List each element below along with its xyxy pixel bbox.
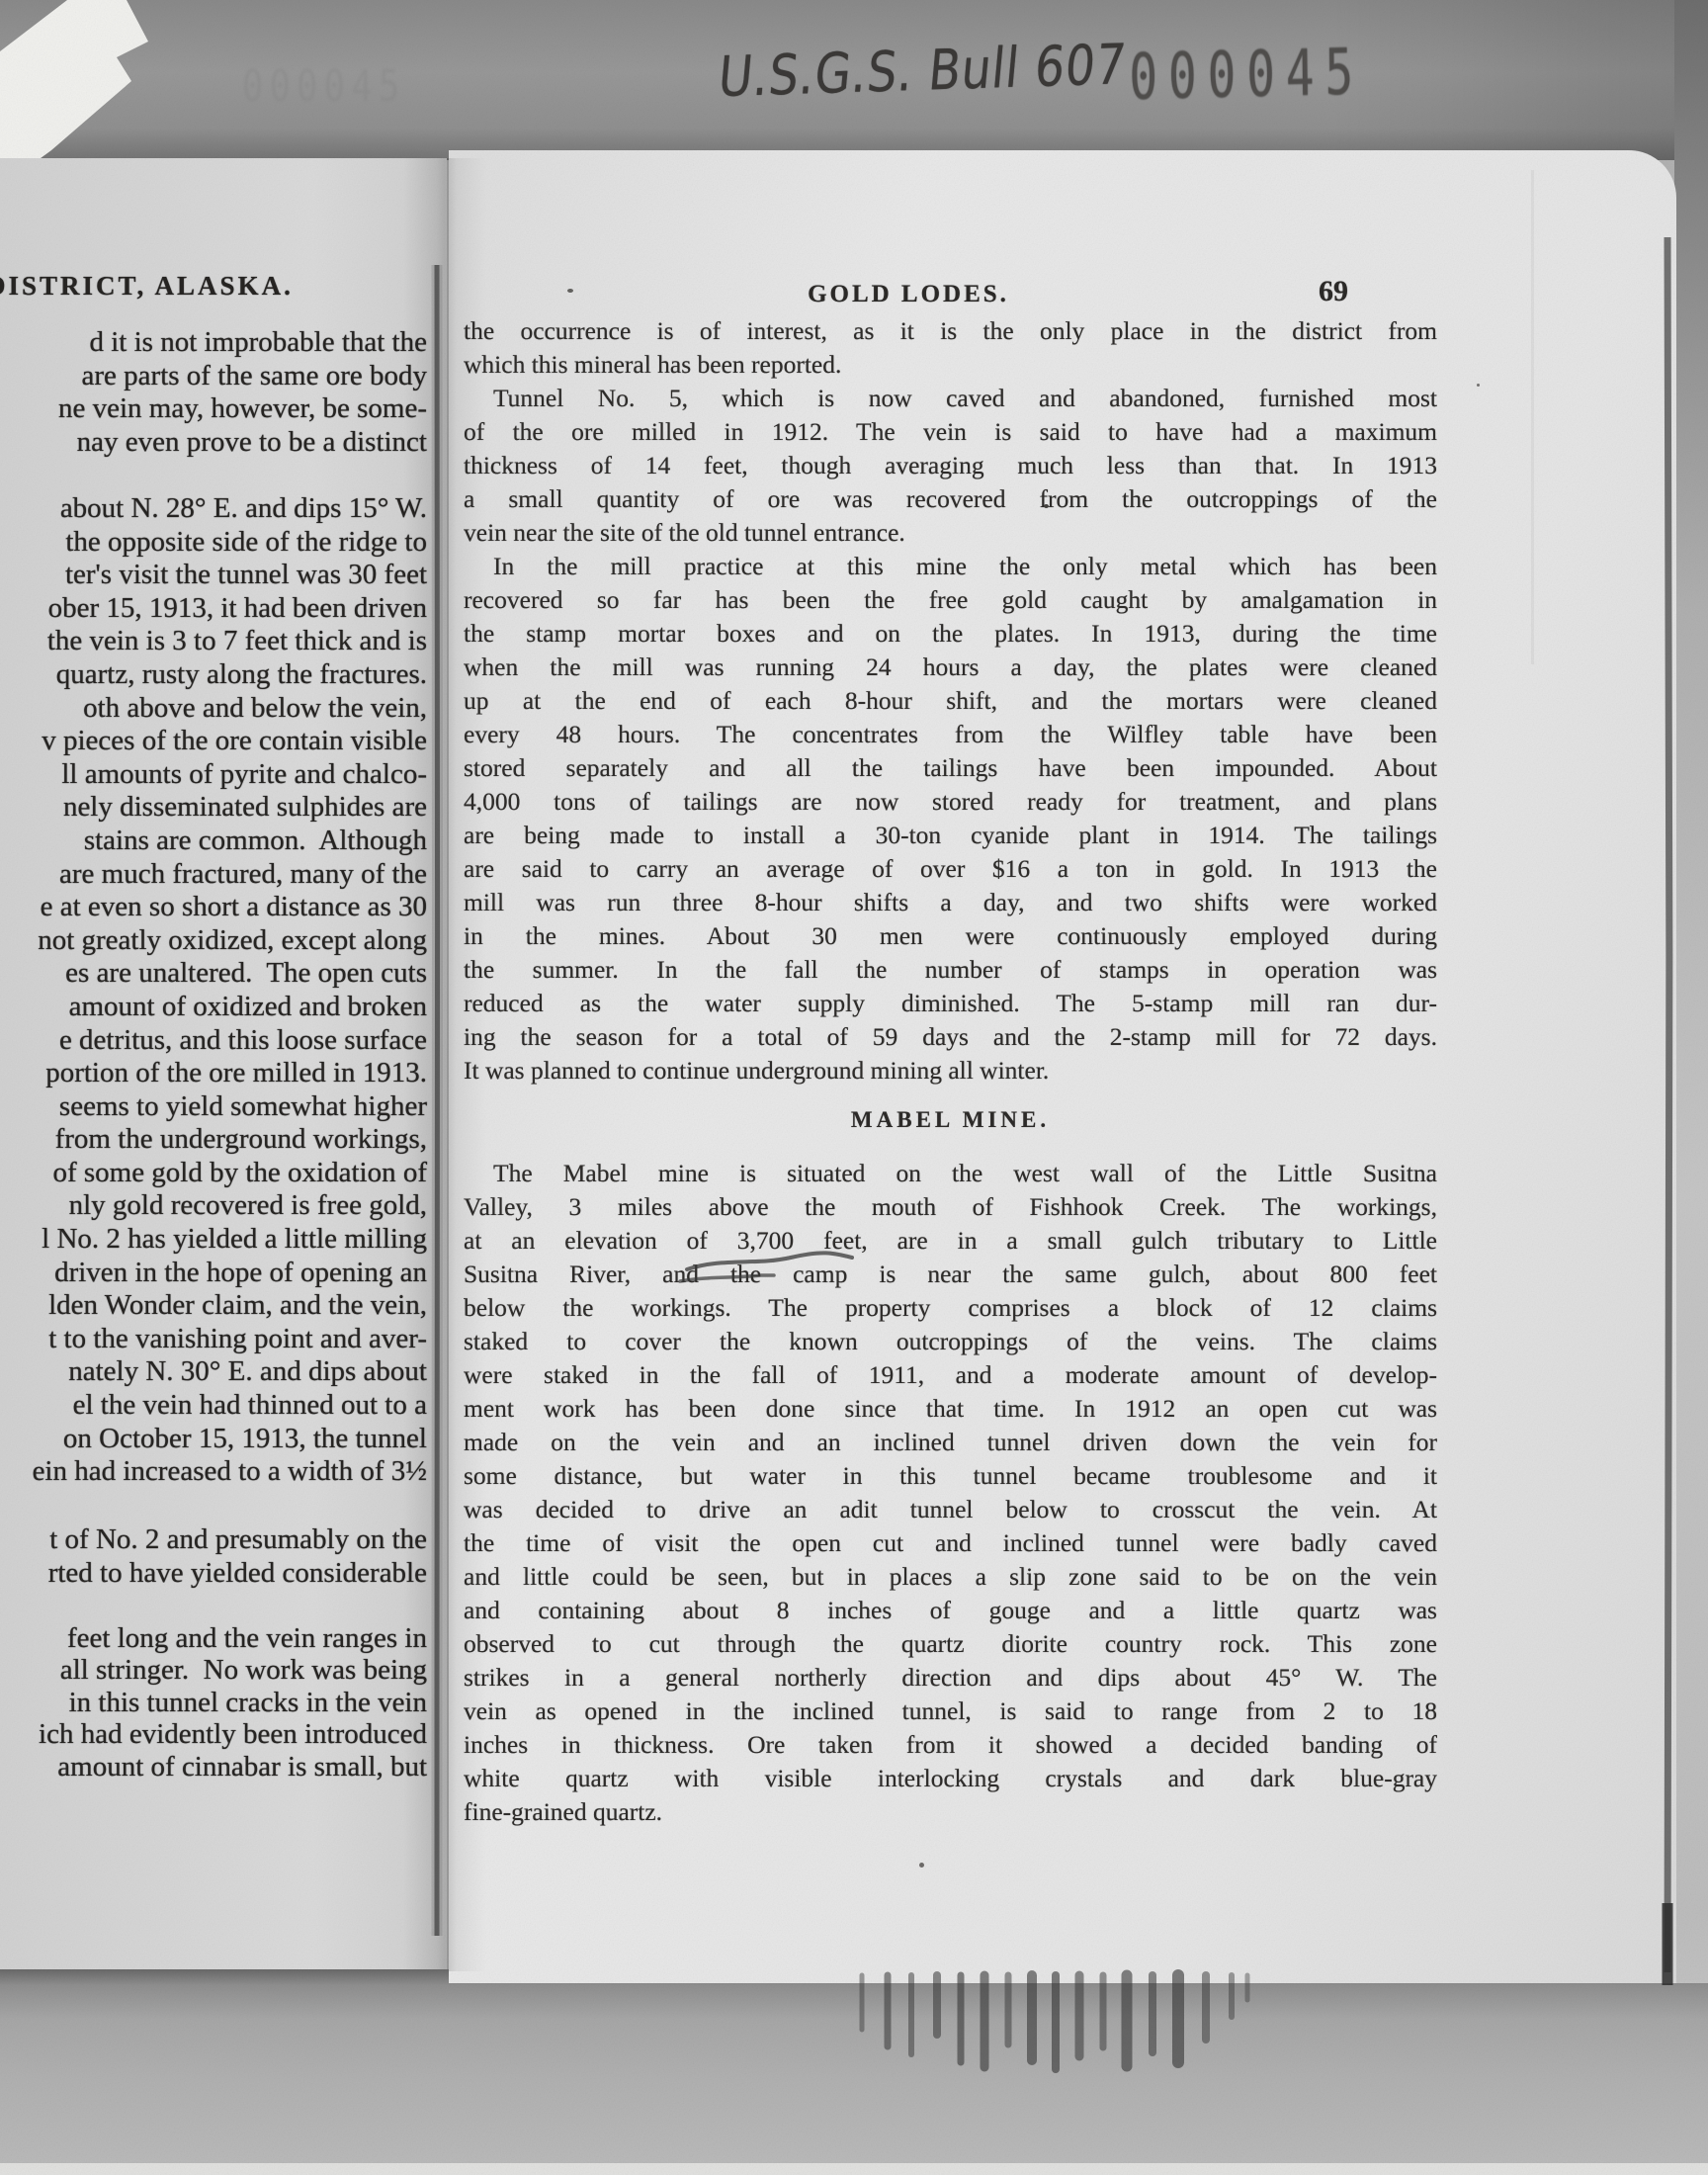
text-line: when the mill was running 24 hours a day… [464,651,1437,684]
text-line: amount of cinnabar is small, but [0,1751,427,1783]
text-line: a small quantity of ore was recovered fr… [464,482,1437,516]
text-line: and little could be seen, but in places … [464,1560,1437,1594]
text-line: oth above and below the vein, [0,692,427,726]
text-line: el the vein had thinned out to a [0,1389,427,1423]
text-line: d it is not improbable that the [0,326,427,360]
text-line: quartz, rusty along the fractures. [0,658,427,692]
text-line: were staked in the fall of 1911, and a m… [464,1358,1437,1392]
text-line: The Mabel mine is situated on the west w… [464,1157,1437,1190]
text-line: t to the vanishing point and aver- [0,1323,427,1356]
body-text-block: the occurrence is of interest, as it is … [464,314,1437,1087]
text-line: ein had increased to a width of 3½ [0,1455,427,1489]
text-line: vein near the site of the old tunnel ent… [464,516,1437,550]
text-line: are much fractured, many of the [0,858,427,892]
text-line: observed to cut through the quartz diori… [464,1627,1437,1661]
section-heading: MABEL MINE. [464,1107,1437,1133]
text-line: rted to have yielded considerable [0,1557,427,1591]
text-line: reduced as the water supply diminished. … [464,987,1437,1020]
scanned-book-page: 000045 U.S.G.S. Bull 607 000045 DISTRICT… [0,0,1708,2175]
page-number: 69 [1319,275,1348,308]
text-line: portion of the ore milled in 1913. [0,1057,427,1090]
text-line: some distance, but water in this tunnel … [464,1459,1437,1493]
text-line: ing the season for a total of 59 days an… [464,1020,1437,1054]
text-line: staked to cover the known outcroppings o… [464,1325,1437,1358]
text-line: inches in thickness. Ore taken from it s… [464,1728,1437,1762]
text-line: every 48 hours. The concentrates from th… [464,718,1437,751]
left-text-fragment: feet long and the vein ranges inall stri… [0,1622,427,1783]
left-text-fragment: d it is not improbable that theare parts… [0,326,427,459]
left-running-header: DISTRICT, ALASKA. [0,271,294,302]
text-line: thickness of 14 feet, though averaging m… [464,449,1437,482]
text-line: strikes in a general northerly direction… [464,1661,1437,1695]
text-line: the vein is 3 to 7 feet thick and is [0,625,427,658]
scanner-bed-strip [0,2163,1708,2175]
text-line: It was planned to continue underground m… [464,1054,1437,1087]
text-line: the stamp mortar boxes and on the plates… [464,617,1437,651]
text-line: ll amounts of pyrite and chalco- [0,758,427,792]
text-line: e at even so short a distance as 30 [0,891,427,924]
text-line: t of No. 2 and presumably on the [0,1523,427,1557]
text-line: all stringer. No work was being [0,1654,427,1686]
text-line: are being made to install a 30-ton cyani… [464,819,1437,852]
text-line: feet long and the vein ranges in [0,1622,427,1654]
text-line: below the workings. The property compris… [464,1291,1437,1325]
text-line: ne vein may, however, be some- [0,392,427,426]
text-line: of the ore milled in 1912. The vein is s… [464,415,1437,449]
text-line: stains are common. Although [0,825,427,858]
text-line: l No. 2 has yielded a little milling [0,1223,427,1257]
text-line: and containing about 8 inches of gouge a… [464,1594,1437,1627]
text-line: In the mill practice at this mine the on… [464,550,1437,583]
ink-speck [567,289,573,293]
ink-speck [1044,504,1049,508]
text-line: of some gold by the oxidation of [0,1157,427,1190]
text-line: the time of visit the open cut and incli… [464,1526,1437,1560]
text-line: Susitna River, and the camp is near the … [464,1258,1437,1291]
text-line: vein as opened in the inclined tunnel, i… [464,1695,1437,1728]
text-line: nately N. 30° E. and dips about [0,1355,427,1389]
text-line: about N. 28° E. and dips 15° W. [0,492,427,526]
text-line: nely disseminated sulphides are [0,791,427,825]
text-line: Tunnel No. 5, which is now caved and aba… [464,382,1437,415]
text-line: stored separately and all the tailings h… [464,751,1437,785]
text-line: was decided to drive an adit tunnel belo… [464,1493,1437,1526]
text-line: ter's visit the tunnel was 30 feet [0,559,427,592]
text-line: are said to carry an average of over $16… [464,852,1437,886]
text-line: on October 15, 1913, the tunnel [0,1423,427,1456]
text-line: mill was run three 8-hour shifts a day, … [464,886,1437,919]
right-running-header: GOLD LODES. [464,281,1353,308]
text-line: nay even prove to be a distinct [0,426,427,460]
text-line: at an elevation of 3,700 feet, are in a … [464,1224,1437,1258]
text-line: which this mineral has been reported. [464,348,1437,382]
ink-speck [919,1863,924,1868]
page-fold-line [1531,170,1534,664]
right-page: GOLD LODES. 69 the occurrence is of inte… [449,150,1676,1985]
text-line: from the underground workings, [0,1123,427,1157]
text-line: nly gold recovered is free gold, [0,1189,427,1223]
text-line: recovered so far has been the free gold … [464,583,1437,617]
text-line: are parts of the same ore body [0,360,427,393]
text-line: in this tunnel cracks in the vein [0,1687,427,1718]
text-line: seems to yield somewhat higher [0,1090,427,1124]
left-text-fragment: t of No. 2 and presumably on therted to … [0,1523,427,1590]
text-line: the occurrence is of interest, as it is … [464,314,1437,348]
text-line: up at the end of each 8-hour shift, and … [464,684,1437,718]
text-line: ich had evidently been introduced [0,1718,427,1750]
text-line: e detritus, and this loose surface [0,1024,427,1058]
ghost-stamp: 000045 [242,61,406,112]
stamped-accession-number: 000045 [1129,36,1365,115]
text-line: Valley, 3 miles above the mouth of Fishh… [464,1190,1437,1224]
handwritten-annotation: U.S.G.S. Bull 607 [716,33,1129,110]
text-line: 4,000 tons of tailings are now stored re… [464,785,1437,819]
text-line: ment work has been done since that time.… [464,1392,1437,1426]
text-line: made on the vein and an inclined tunnel … [464,1426,1437,1459]
text-line: v pieces of the ore contain visible [0,725,427,758]
text-line: driven in the hope of opening an [0,1257,427,1290]
text-line: the opposite side of the ridge to [0,526,427,560]
left-text-fragment: about N. 28° E. and dips 15° W.the oppos… [0,492,427,1489]
text-line: the summer. In the fall the number of st… [464,953,1437,987]
text-line: white quartz with visible interlocking c… [464,1762,1437,1795]
book-page-edges-bottom [0,1969,1708,2163]
text-line: ober 15, 1913, it had been driven [0,592,427,626]
text-line: fine-grained quartz. [464,1795,1437,1829]
text-line: lden Wonder claim, and the vein, [0,1289,427,1323]
text-line: amount of oxidized and broken [0,991,427,1024]
scanner-background-right [1674,0,1708,2175]
body-text-block: The Mabel mine is situated on the west w… [464,1157,1437,1829]
left-page: DISTRICT, ALASKA. d it is not improbable… [0,158,447,1971]
text-line: in the mines. About 30 men were continuo… [464,919,1437,953]
ink-speck [1477,384,1480,387]
text-line: not greatly oxidized, except along [0,924,427,958]
text-line: es are unaltered. The open cuts [0,957,427,991]
